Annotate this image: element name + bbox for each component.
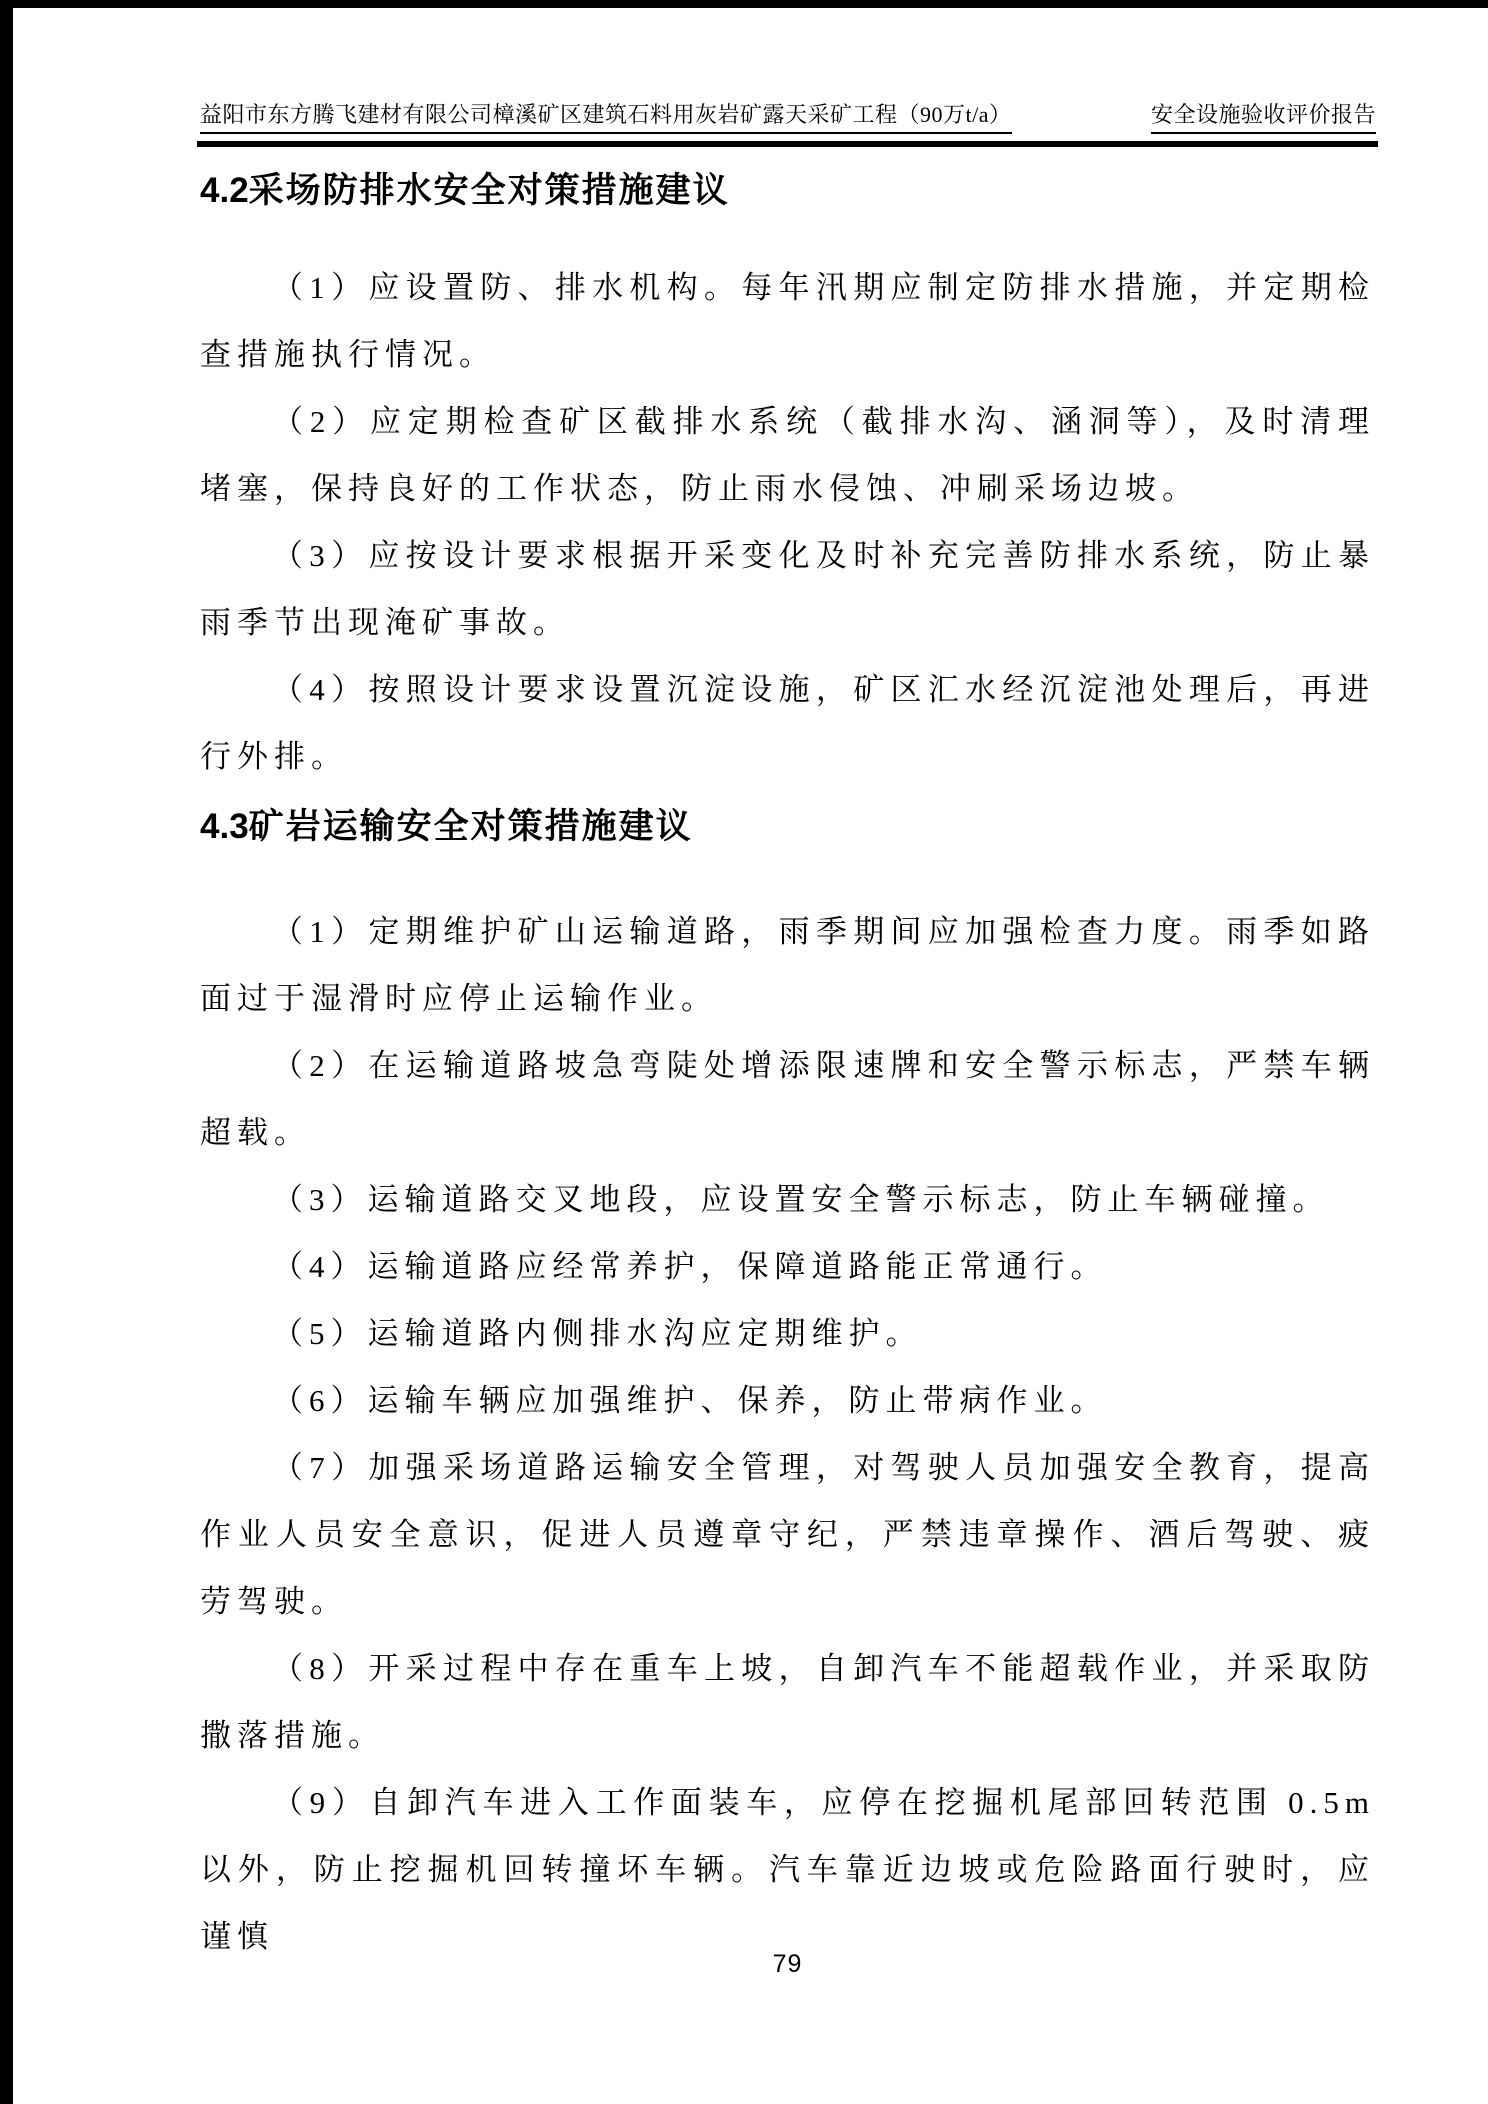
section-heading-4-2: 4.2采场防排水安全对策措施建议: [200, 168, 1375, 214]
paragraph: （3）应按设计要求根据开采变化及时补充完善防排水系统，防止暴雨季节出现淹矿事故。: [200, 522, 1375, 656]
section-title: 矿岩运输安全对策措施建议: [249, 807, 693, 846]
paragraph: （9）自卸汽车进入工作面装车，应停在挖掘机尾部回转范围 0.5m 以外，防止挖掘…: [200, 1769, 1375, 1970]
paragraph: （6）运输车辆应加强维护、保养，防止带病作业。: [200, 1367, 1375, 1434]
section-number: 4.3: [200, 807, 249, 846]
document-body: 4.2采场防排水安全对策措施建议 （1）应设置防、排水机构。每年汛期应制定防排水…: [200, 168, 1375, 1970]
paragraph: （4）运输道路应经常养护，保障道路能正常通行。: [200, 1233, 1375, 1300]
header-divider-rule: [197, 141, 1378, 147]
paragraph: （7）加强采场道路运输安全管理，对驾驶人员加强安全教育，提高作业人员安全意识，促…: [200, 1434, 1375, 1635]
page-header: 益阳市东方腾飞建材有限公司樟溪矿区建筑石料用灰岩矿露天采矿工程（90万t/a） …: [200, 100, 1376, 134]
paragraph: （8）开采过程中存在重车上坡，自卸汽车不能超载作业，并采取防撒落措施。: [200, 1635, 1375, 1769]
section-heading-4-3: 4.3矿岩运输安全对策措施建议: [200, 804, 1375, 850]
header-project-title: 益阳市东方腾飞建材有限公司樟溪矿区建筑石料用灰岩矿露天采矿工程（90万t/a）: [200, 100, 1012, 134]
paragraph: （4）按照设计要求设置沉淀设施，矿区汇水经沉淀池处理后，再进行外排。: [200, 656, 1375, 790]
scan-border-top: [0, 0, 1488, 8]
paragraph: （3）运输道路交叉地段，应设置安全警示标志，防止车辆碰撞。: [200, 1166, 1375, 1233]
paragraph: （5）运输道路内侧排水沟应定期维护。: [200, 1300, 1375, 1367]
section-title: 采场防排水安全对策措施建议: [249, 171, 730, 210]
scan-border-left: [0, 0, 13, 2104]
document-page: 益阳市东方腾飞建材有限公司樟溪矿区建筑石料用灰岩矿露天采矿工程（90万t/a） …: [0, 0, 1488, 2104]
section-number: 4.2: [200, 171, 249, 210]
paragraph: （2）应定期检查矿区截排水系统（截排水沟、涵洞等），及时清理堵塞，保持良好的工作…: [200, 388, 1375, 522]
page-number: 79: [200, 1950, 1375, 1979]
paragraph: （1）定期维护矿山运输道路，雨季期间应加强检查力度。雨季如路面过于湿滑时应停止运…: [200, 898, 1375, 1032]
header-report-title: 安全设施验收评价报告: [1151, 100, 1376, 134]
paragraph: （2）在运输道路坡急弯陡处增添限速牌和安全警示标志，严禁车辆超载。: [200, 1032, 1375, 1166]
paragraph: （1）应设置防、排水机构。每年汛期应制定防排水措施，并定期检查措施执行情况。: [200, 254, 1375, 388]
